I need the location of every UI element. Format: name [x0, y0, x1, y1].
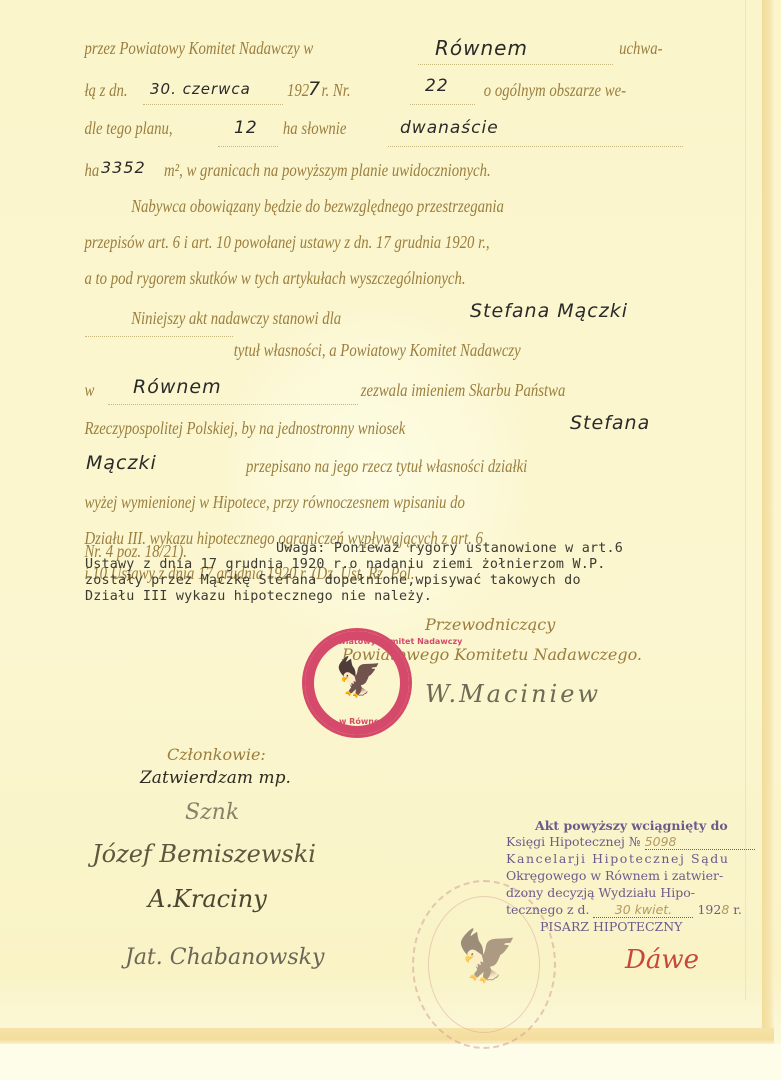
member-signature: Józef Bemiszewski: [92, 840, 316, 868]
text-line: uchwa-: [0, 38, 640, 68]
typewritten-note-line: zostały przez Mączkę Stefana dopełnione,…: [85, 573, 581, 588]
registration-stamp-line: Akt powyższy wciągnięty do: [535, 818, 781, 833]
printed-text: Rzeczypospolitej Polskiej, by na jednost…: [84, 418, 405, 439]
member-signature: Sznk: [185, 800, 239, 825]
text-line: Nabywca obowiązany będzie do bezwzględne…: [0, 196, 640, 226]
eagle-icon: 🦅: [335, 659, 382, 697]
printed-text: o ogólnym obszarze we-: [484, 80, 626, 101]
registrar-title: PISARZ HIPOTECZNY: [540, 919, 781, 934]
handwritten-number: 22: [425, 76, 449, 96]
text-line: w zezwala imieniem Skarbu Państwa: [0, 380, 640, 410]
member-signature: Zatwierdzam mp.: [140, 768, 291, 788]
handwritten-year: 7: [308, 78, 321, 100]
fill-in-dots: [108, 404, 358, 405]
typewritten-note-line: Ustawy z dnia 17 grudnia 1920 r.o nadani…: [85, 557, 606, 572]
stamp-text-bottom: w Równem: [339, 717, 388, 726]
text-line: przepisano na jego rzecz tytuł własności…: [0, 456, 640, 486]
registration-stamp-line: dzony decyzją Wydziału Hipo-: [506, 885, 776, 900]
typewritten-note-line: Uwaga: Ponieważ rygory ustanowione w art…: [276, 541, 623, 556]
members-label: Członkowie:: [167, 745, 266, 764]
printed-text: zezwala imieniem Skarbu Państwa: [361, 380, 566, 401]
printed-text: dle tego planu,: [84, 118, 172, 139]
frame-border-bottom: [0, 1028, 774, 1044]
handwritten-registration-year: 8: [721, 902, 729, 917]
eagle-icon: 🦅: [456, 927, 518, 986]
registration-label: Księgi Hipotecznej №: [506, 834, 641, 849]
printed-text: tytuł własności, a Powiatowy Komitet Nad…: [234, 340, 521, 361]
text-line: tytuł własności, a Powiatowy Komitet Nad…: [0, 340, 640, 370]
printed-text: uchwa-: [619, 38, 662, 59]
handwritten-place: Równem: [133, 376, 222, 398]
printed-text: r. Nr.: [321, 80, 350, 101]
registrar-signature: Dáwe: [625, 945, 699, 975]
printed-text: łą z dn.: [84, 80, 127, 101]
registration-stamp-line: Okręgowego w Równem i zatwier-: [506, 868, 776, 883]
member-signature: A.Kraciny: [148, 885, 267, 913]
registration-stamp-line: Kancelarji Hipotecznej Sądu: [506, 851, 776, 866]
registration-label: r.: [733, 902, 742, 917]
fill-in-dots: [143, 104, 283, 105]
member-signature: Jat. Chabanowsky: [125, 945, 324, 970]
fill-in-dots: [388, 146, 683, 147]
chairman-title: Przewodniczący: [425, 615, 555, 634]
stamp-text-top: Powiatowy Komitet Nadawczy: [327, 637, 462, 646]
printed-text: przepisano na jego rzecz tytuł własności…: [246, 456, 527, 477]
handwritten-square-meters: 3352: [101, 158, 146, 177]
text-line: a to pod rygorem skutków w tych artykuła…: [0, 268, 640, 298]
page-border-line: [745, 0, 746, 1000]
text-line: przepisów art. 6 i art. 10 powołanej ust…: [0, 232, 640, 262]
typewritten-note-line: Działu III wykazu hipotecznego nie należ…: [85, 589, 432, 604]
printed-text: w: [84, 380, 94, 401]
text-line: Rzeczypospolitej Polskiej, by na jednost…: [0, 418, 640, 448]
printed-text: przepisów art. 6 i art. 10 powołanej ust…: [84, 232, 489, 253]
handwritten-date: 30. czerwca: [150, 80, 251, 98]
text-line: wyżej wymienionej w Hipotece, przy równo…: [0, 492, 640, 522]
text-line: dle tego planu, ha słownie: [0, 118, 640, 148]
printed-text: ha: [84, 160, 99, 181]
registration-label: tecznego z d.: [506, 902, 590, 917]
chairman-signature: W.Maciniew: [425, 680, 601, 708]
printed-text: ha słownie: [283, 118, 347, 139]
fill-in-dots: [218, 146, 278, 147]
printed-text: a to pod rygorem skutków w tych artykuła…: [84, 268, 465, 289]
printed-text: 192: [287, 80, 309, 101]
printed-text: m², w granicach na powyższym planie uwid…: [164, 160, 491, 181]
registration-stamp-line: tecznego z d. 30 kwiet. 1928 r.: [506, 902, 776, 918]
handwritten-hectares-words: dwanaście: [400, 118, 499, 138]
document-page: przez Powiatowy Komitet Nadawczy w Równe…: [0, 0, 781, 1080]
registration-stamp-line: Księgi Hipotecznej № 5098: [506, 834, 776, 850]
text-line: ha m², w granicach na powyższym planie u…: [0, 160, 640, 190]
handwritten-registration-date: 30 kwiet.: [593, 902, 693, 918]
handwritten-book-number: 5098: [645, 834, 755, 850]
handwritten-hectares: 12: [234, 118, 258, 138]
committee-stamp: 🦅 Powiatowy Komitet Nadawczy w Równem: [302, 628, 412, 738]
printed-text: wyżej wymienionej w Hipotece, przy równo…: [84, 492, 464, 513]
page-margin-bottom: [0, 1044, 781, 1080]
printed-text: Nabywca obowiązany będzie do bezwzględne…: [131, 196, 504, 217]
fill-in-dots: [410, 104, 475, 105]
handwritten-grantee-first-name: Stefana: [570, 412, 650, 434]
registration-label: 192: [697, 902, 721, 917]
